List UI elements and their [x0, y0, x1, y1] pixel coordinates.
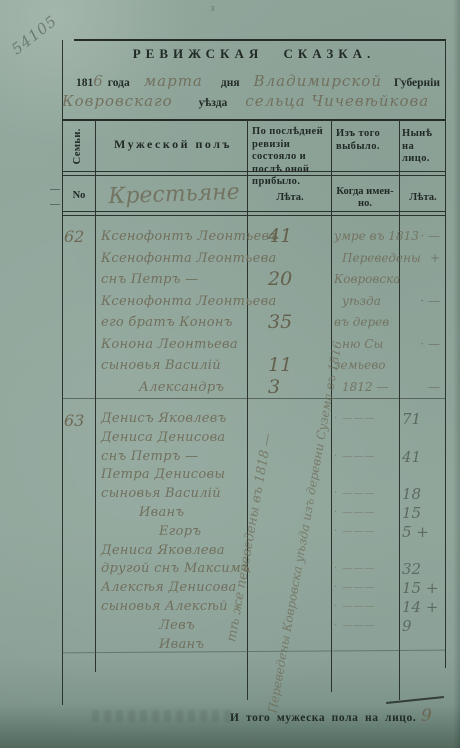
- when-column: умре въ 1813ПереведеныКовровскауѣздавъ д…: [334, 226, 396, 398]
- uyezd-handwritten: Ковровскаго: [62, 92, 173, 110]
- when-note: · ———: [334, 579, 396, 598]
- column-divider-1: [95, 120, 96, 672]
- present-age: 32: [402, 560, 444, 579]
- when-note: [334, 466, 396, 485]
- table-border-right: [445, 40, 446, 668]
- present-age: 71: [402, 410, 444, 429]
- when-column: · ———· ———· ———· ———· ———· ———· ———· ———…: [334, 410, 396, 654]
- age-value: 35: [252, 312, 322, 334]
- present-age: 15 +: [402, 579, 444, 598]
- age-value: 3: [252, 377, 322, 399]
- column-header-departed: Изъ того выбыло.: [336, 128, 394, 153]
- present-age: [402, 355, 444, 377]
- person-name: сыновья Алексѣй: [101, 598, 245, 617]
- person-name: Левъ: [101, 617, 245, 636]
- document-title: РЕВИЖСКАЯ СКАЗКА.: [62, 46, 446, 62]
- subheader-age-present: Лѣта.: [402, 192, 444, 203]
- age-value: [252, 410, 322, 429]
- age-value: [252, 560, 322, 579]
- when-note: · ———: [334, 448, 396, 467]
- gubernia-handwritten: Владимирской: [254, 72, 382, 90]
- revision-list-page: 54105 з РЕВИЖСКАЯ СКАЗКА. 1816 года март…: [0, 0, 460, 748]
- entry-separator-line: [62, 398, 445, 399]
- present-age: 14 +: [402, 598, 444, 617]
- person-name: снъ Петръ —: [101, 448, 245, 467]
- person-name: снъ Петръ —: [101, 269, 245, 291]
- when-note: 1812 —: [334, 377, 396, 399]
- year-printed: 181: [76, 77, 93, 89]
- year-suffix: года: [108, 77, 130, 89]
- present-age: [402, 269, 444, 291]
- footer-total-label: И того мужеска пола на лицо.: [230, 712, 416, 724]
- names-column: Ксенофонтъ ЛеонтьевъКсенофонта Леонтьева…: [101, 226, 245, 398]
- table-border-left: [62, 40, 63, 705]
- present-column: 714118155 +3215 +14 +9: [402, 410, 444, 654]
- person-name: Алексѣя Денисова: [101, 579, 245, 598]
- present-age: [402, 429, 444, 448]
- age-value: 41: [252, 226, 322, 248]
- day-label: дня: [221, 77, 240, 89]
- present-age: [402, 542, 444, 561]
- present-age: 9: [402, 617, 444, 636]
- header-rule-2b: [62, 215, 445, 216]
- when-note: · ———: [334, 617, 396, 636]
- person-name: Ксенофонта Леонтьева: [101, 248, 245, 270]
- column-divider-4: [399, 120, 400, 700]
- table-border-top: [74, 39, 446, 41]
- age-value: 20: [252, 269, 322, 291]
- present-age: 41: [402, 448, 444, 467]
- ages-column: 412035113: [252, 226, 322, 398]
- when-note: · ———: [334, 523, 396, 542]
- person-name: Ксенофонтъ Леонтьевъ: [101, 226, 245, 248]
- age-value: [252, 334, 322, 356]
- header-rule-2a: [62, 211, 445, 212]
- column-header-family: Семьи.: [72, 116, 85, 176]
- present-age: 15: [402, 504, 444, 523]
- column-header-present: Нынѣ на лицо.: [402, 128, 444, 166]
- person-name: Иванъ: [101, 504, 245, 523]
- present-age: +: [402, 248, 444, 270]
- when-note: · ———: [334, 485, 396, 504]
- column-divider-2: [247, 120, 248, 700]
- when-note: · ———: [334, 410, 396, 429]
- when-note: · ———: [334, 560, 396, 579]
- names-column: Денисъ ЯковлевъДениса Денисоваснъ Петръ …: [101, 410, 245, 654]
- footer-total-value: 9: [421, 706, 432, 726]
- age-value: 11: [252, 355, 322, 377]
- person-name: Конона Леонтьева: [101, 334, 245, 356]
- column-header-revision: По послѣдней ревизіи состояло и послѣ он…: [252, 126, 328, 189]
- corner-pencil-number: 54105: [8, 12, 61, 59]
- present-age: 5 +: [402, 523, 444, 542]
- when-note: уѣзда: [334, 291, 396, 313]
- age-value: [252, 248, 322, 270]
- footer-rule: [386, 696, 444, 704]
- person-name: его братъ Кононъ: [101, 312, 245, 334]
- person-name: другой снъ Максимъ: [101, 560, 245, 579]
- date-line-1: 1816 года марта дня Владимирской Губерні…: [76, 72, 440, 91]
- person-name: Дениса Денисова: [101, 429, 245, 448]
- header-top-line: [62, 119, 445, 121]
- place-handwritten: сельца Чичевѣйкова: [245, 92, 429, 110]
- age-value: [252, 542, 322, 561]
- person-name: Егоръ: [101, 523, 245, 542]
- present-age: · —: [402, 226, 444, 248]
- when-note: земьево: [334, 355, 396, 377]
- date-line-2: Ковровскаго уѣзда сельца Чичевѣйкова: [62, 92, 429, 111]
- person-name: Дениса Яковлева: [101, 542, 245, 561]
- present-age: [402, 636, 444, 655]
- person-name: Иванъ: [101, 636, 245, 655]
- ink-bleed-smudge: [92, 710, 232, 722]
- person-name: сыновья Василій: [101, 485, 245, 504]
- person-name: Денисъ Яковлевъ: [101, 410, 245, 429]
- when-note: · ———: [334, 504, 396, 523]
- person-name: Александръ: [101, 377, 245, 399]
- top-faint-mark: з: [210, 2, 214, 14]
- subheader-peasants-handwritten: Крестьяне: [103, 180, 246, 210]
- entry-number: 63: [64, 411, 84, 430]
- column-header-male: Мужеской полъ: [100, 138, 246, 151]
- when-note: [334, 429, 396, 448]
- subheader-age-revision: Лѣта.: [252, 192, 328, 203]
- gubernia-label: Губерніи: [394, 77, 440, 89]
- when-note: [334, 636, 396, 655]
- present-age: 18: [402, 485, 444, 504]
- present-age: · —: [402, 334, 444, 356]
- when-note: · ———: [334, 598, 396, 617]
- margin-tick: [50, 204, 60, 205]
- subheader-number: No: [64, 190, 94, 201]
- person-name: сыновья Василій: [101, 355, 245, 377]
- entry-number: 62: [64, 227, 84, 246]
- uyezd-label: уѣзда: [199, 97, 228, 109]
- present-age: [402, 466, 444, 485]
- year-handwritten: 6: [93, 72, 104, 90]
- present-column: · —+· —· ——: [402, 226, 444, 398]
- person-name: Ксенофонта Леонтьева: [101, 291, 245, 313]
- present-age: —: [402, 377, 444, 399]
- when-note: [334, 542, 396, 561]
- when-note: умре въ 1813: [334, 226, 396, 248]
- month-handwritten: марта: [144, 72, 203, 90]
- when-note: Переведены: [334, 248, 396, 270]
- margin-tick: [50, 189, 60, 190]
- present-age: [402, 312, 444, 334]
- subheader-when-exactly: Когда имен-но.: [334, 186, 396, 210]
- present-age: · —: [402, 291, 444, 313]
- person-name: Петра Денисовы: [101, 466, 245, 485]
- when-note: Ковровска: [334, 269, 396, 291]
- age-value: [252, 291, 322, 313]
